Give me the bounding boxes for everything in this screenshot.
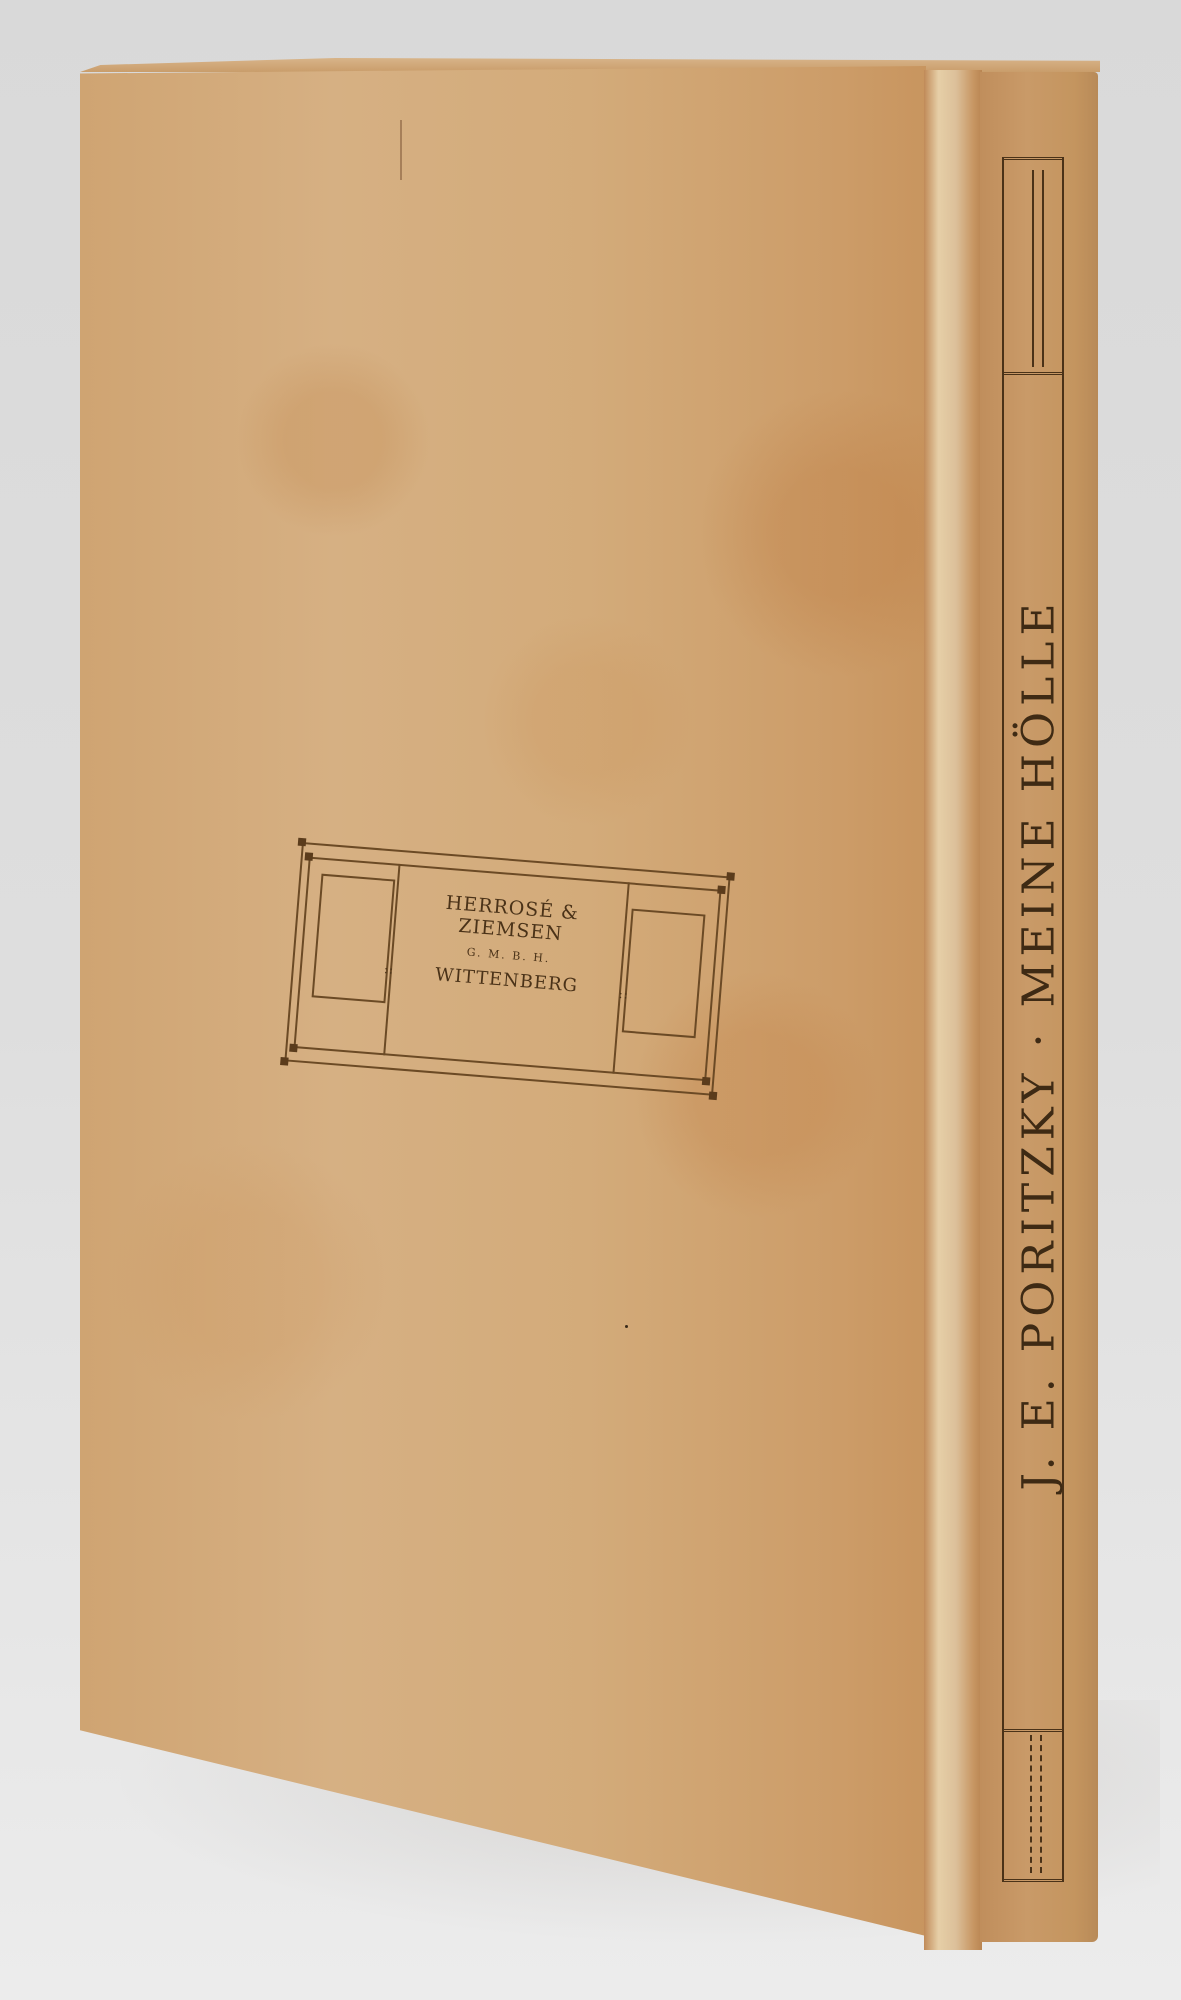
corner-ornament-icon	[280, 1057, 289, 1066]
dots-ornament-icon: ::	[618, 987, 629, 1002]
cover-scratch	[400, 120, 402, 180]
corner-ornament-icon	[717, 885, 726, 894]
spine-top-ornament-icon	[1004, 157, 1062, 375]
corner-ornament-icon	[298, 838, 307, 847]
corner-ornament-icon	[289, 1044, 298, 1053]
spine-title: J. E. PORITZKY · MEINE HÖLLE	[1014, 598, 1065, 1491]
corner-ornament-icon	[702, 1077, 711, 1086]
publisher-label: HERROSÉ & ZIEMSEN G. M. B. H. :: WITTENB…	[284, 842, 730, 1096]
label-text: HERROSÉ & ZIEMSEN G. M. B. H. :: WITTENB…	[391, 888, 628, 1000]
corner-ornament-icon	[709, 1091, 718, 1100]
spine-bottom-ornament-icon	[1004, 1729, 1062, 1882]
label-left-panel	[312, 874, 396, 1004]
book-photo: HERROSÉ & ZIEMSEN G. M. B. H. :: WITTENB…	[0, 0, 1181, 2000]
dots-ornament-icon: ::	[384, 962, 395, 977]
corner-ornament-icon	[305, 852, 314, 861]
label-right-panel	[622, 909, 706, 1039]
cover-speck	[625, 1325, 628, 1328]
spine-hinge	[924, 70, 982, 1950]
corner-ornament-icon	[726, 872, 735, 881]
book-spine: J. E. PORITZKY · MEINE HÖLLE	[980, 72, 1098, 1942]
